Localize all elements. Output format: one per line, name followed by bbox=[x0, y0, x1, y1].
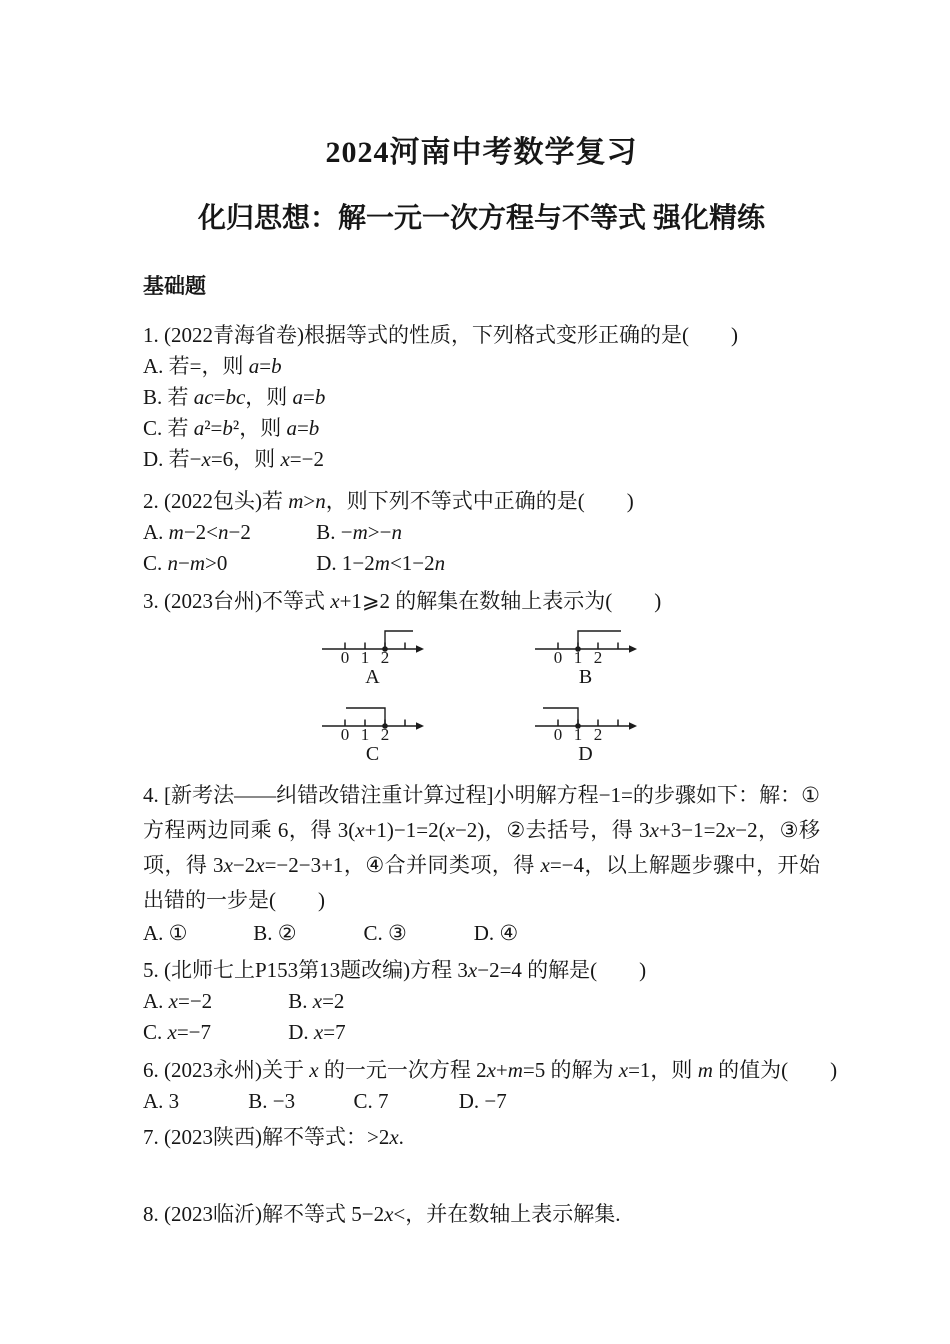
question-5-option-c: C. x=−7 bbox=[143, 1017, 283, 1048]
page-title: 2024河南中考数学复习 bbox=[143, 136, 820, 170]
numberline-figures-row-2: 0 1 2 C 0 1 2 bbox=[320, 696, 820, 766]
figure-label-b: B bbox=[579, 666, 592, 689]
question-5-options-row-1: A. x=−2 B. x=2 bbox=[143, 986, 820, 1017]
question-1: 1. (2022青海省卷)根据等式的性质，下列格式变形正确的是( ) A. 若=… bbox=[143, 320, 820, 475]
figure-label-c: C bbox=[366, 743, 379, 766]
tick-label: 1 bbox=[574, 725, 583, 742]
page-subtitle: 化归思想：解一元一次方程与不等式 强化精练 bbox=[143, 203, 820, 235]
question-5-stem: 5. (北师七上P153第13题改编)方程 3x−2=4 的解是( ) bbox=[143, 955, 820, 986]
question-2-options-row-2: C. n−m>0 D. 1−2m<1−2n bbox=[143, 548, 820, 579]
question-6-stem: 6. (2023永州)关于 x 的一元一次方程 2x+m=5 的解为 x=1，则… bbox=[143, 1055, 820, 1086]
question-2: 2. (2022包头)若 m>n，则下列不等式中正确的是( ) A. m−2<n… bbox=[143, 486, 820, 579]
tick-label: 1 bbox=[361, 648, 370, 665]
question-4: 4. [新考法——纠错改错注重计算过程]小明解方程−1=的步骤如下：解：①方程两… bbox=[143, 778, 820, 949]
solution-ray bbox=[578, 631, 621, 649]
question-2-option-a: A. m−2<n−2 bbox=[143, 517, 311, 548]
worksheet-page: 2024河南中考数学复习 化归思想：解一元一次方程与不等式 强化精练 基础题 1… bbox=[0, 0, 950, 1230]
axis-arrowhead-icon bbox=[629, 645, 637, 653]
figure-label-d: D bbox=[578, 743, 592, 766]
question-6-option-d: D. −7 bbox=[459, 1086, 507, 1117]
axis-arrowhead-icon bbox=[629, 722, 637, 730]
question-1-option-b: B. 若 ac=bc，则 a=b bbox=[143, 382, 820, 413]
numberline-option-d: 0 1 2 D bbox=[533, 696, 638, 766]
question-3-stem: 3. (2023台州)不等式 x+1⩾2 的解集在数轴上表示为( ) bbox=[143, 586, 820, 617]
question-2-option-c: C. n−m>0 bbox=[143, 548, 311, 579]
question-5-option-a: A. x=−2 bbox=[143, 986, 283, 1017]
question-8: 8. (2023临沂)解不等式 5−2x<，并在数轴上表示解集. bbox=[143, 1199, 820, 1230]
numberline-option-b: 0 1 2 B bbox=[533, 619, 638, 689]
solution-ray bbox=[543, 708, 578, 726]
numberline-option-a: 0 1 2 A bbox=[320, 619, 425, 689]
numberline-option-c: 0 1 2 C bbox=[320, 696, 425, 766]
tick-label: 1 bbox=[574, 648, 583, 665]
tick-label: 0 bbox=[341, 648, 350, 665]
numberline-svg-d: 0 1 2 bbox=[533, 696, 638, 742]
question-6-options-row: A. 3 B. −3 C. 7 D. −7 bbox=[143, 1086, 820, 1117]
question-6-option-b: B. −3 bbox=[248, 1086, 348, 1117]
question-6-option-c: C. 7 bbox=[354, 1086, 454, 1117]
question-3: 3. (2023台州)不等式 x+1⩾2 的解集在数轴上表示为( ) 0 1 2 bbox=[143, 586, 820, 766]
tick-label: 2 bbox=[381, 648, 390, 665]
tick-label: 0 bbox=[554, 725, 563, 742]
question-5-option-b: B. x=2 bbox=[288, 986, 344, 1017]
question-4-stem: 4. [新考法——纠错改错注重计算过程]小明解方程−1=的步骤如下：解：①方程两… bbox=[143, 778, 820, 918]
tick-label: 0 bbox=[341, 725, 350, 742]
tick-label: 0 bbox=[554, 648, 563, 665]
question-4-option-c: C. ③ bbox=[364, 918, 469, 949]
numberline-svg-b: 0 1 2 bbox=[533, 619, 638, 665]
question-7: 7. (2023陕西)解不等式：>2x. bbox=[143, 1122, 820, 1153]
question-2-option-d: D. 1−2m<1−2n bbox=[316, 548, 445, 579]
section-heading: 基础题 bbox=[143, 274, 820, 299]
solution-ray bbox=[385, 631, 413, 649]
question-5-options-row-2: C. x=−7 D. x=7 bbox=[143, 1017, 820, 1048]
axis-arrowhead-icon bbox=[416, 722, 424, 730]
question-2-option-b: B. −m>−n bbox=[316, 517, 402, 548]
question-7-stem: 7. (2023陕西)解不等式：>2x. bbox=[143, 1122, 820, 1153]
question-1-option-c: C. 若 a²=b²，则 a=b bbox=[143, 413, 820, 444]
question-8-stem: 8. (2023临沂)解不等式 5−2x<，并在数轴上表示解集. bbox=[143, 1199, 820, 1230]
question-1-stem: 1. (2022青海省卷)根据等式的性质，下列格式变形正确的是( ) bbox=[143, 320, 820, 351]
question-5: 5. (北师七上P153第13题改编)方程 3x−2=4 的解是( ) A. x… bbox=[143, 955, 820, 1048]
question-4-options-row: A. ① B. ② C. ③ D. ④ bbox=[143, 918, 820, 949]
question-4-option-b: B. ② bbox=[253, 918, 358, 949]
tick-label: 1 bbox=[361, 725, 370, 742]
numberline-figures-row-1: 0 1 2 A 0 1 2 bbox=[320, 619, 820, 689]
tick-label: 2 bbox=[594, 648, 603, 665]
question-4-option-d: D. ④ bbox=[474, 918, 519, 949]
question-6-option-a: A. 3 bbox=[143, 1086, 243, 1117]
question-1-option-d: D. 若−x=6，则 x=−2 bbox=[143, 444, 820, 475]
question-4-option-a: A. ① bbox=[143, 918, 248, 949]
question-2-options-row-1: A. m−2<n−2 B. −m>−n bbox=[143, 517, 820, 548]
tick-label: 2 bbox=[381, 725, 390, 742]
question-6: 6. (2023永州)关于 x 的一元一次方程 2x+m=5 的解为 x=1，则… bbox=[143, 1055, 820, 1117]
question-1-option-a: A. 若=，则 a=b bbox=[143, 351, 820, 382]
axis-arrowhead-icon bbox=[416, 645, 424, 653]
question-5-option-d: D. x=7 bbox=[288, 1017, 345, 1048]
figure-label-a: A bbox=[365, 666, 379, 689]
numberline-svg-a: 0 1 2 bbox=[320, 619, 425, 665]
numberline-svg-c: 0 1 2 bbox=[320, 696, 425, 742]
tick-label: 2 bbox=[594, 725, 603, 742]
question-2-stem: 2. (2022包头)若 m>n，则下列不等式中正确的是( ) bbox=[143, 486, 820, 517]
